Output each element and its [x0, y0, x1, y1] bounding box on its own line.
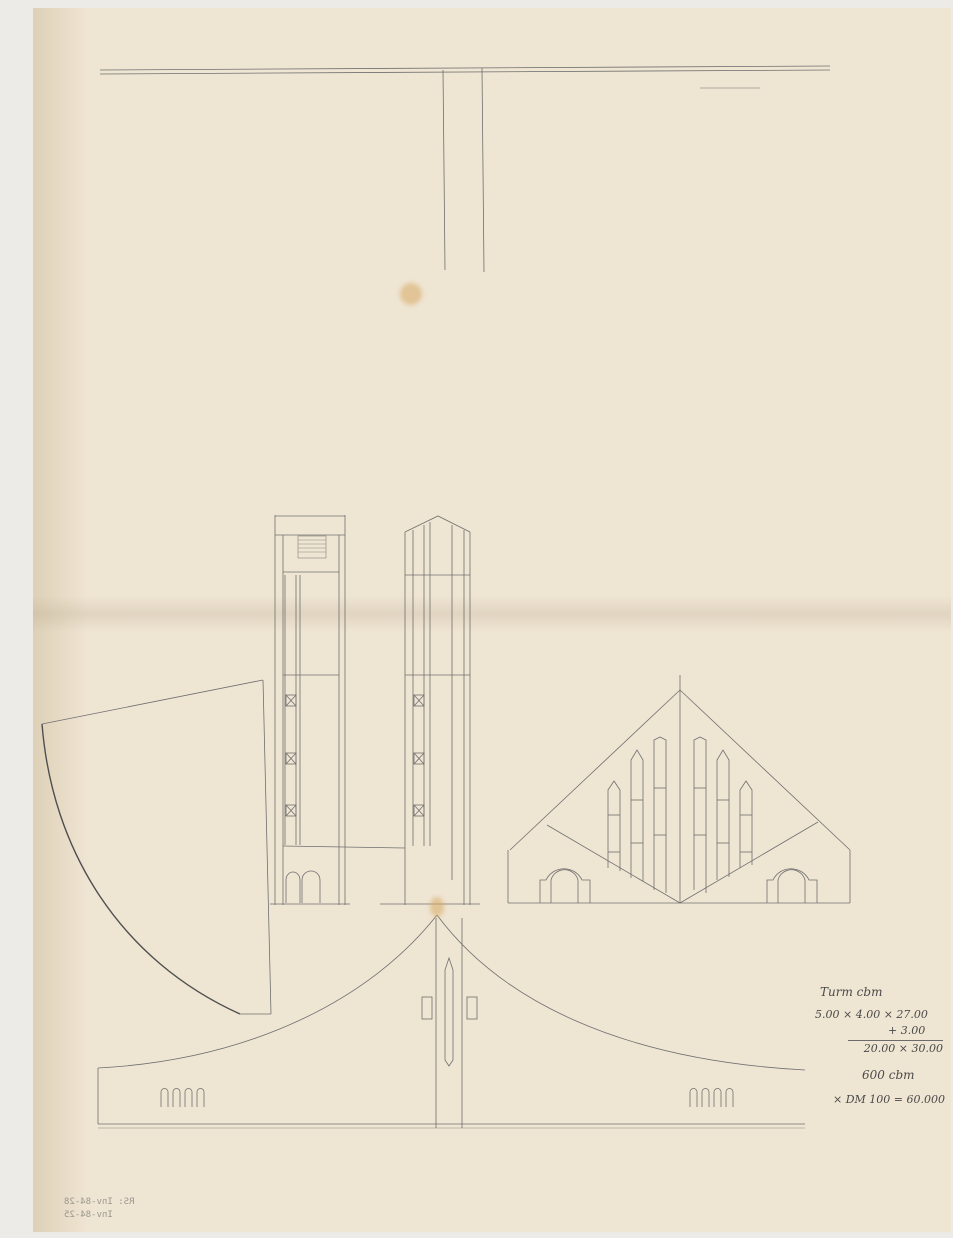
curved-roof-elevation [98, 915, 805, 1128]
plan-line-top [100, 66, 830, 272]
handwritten-note-calc2: + 3.00 [888, 1024, 925, 1037]
handwritten-note-calc3: 20.00 × 30.00 [848, 1040, 943, 1055]
water-stain [400, 283, 422, 305]
tower-elevation-side [380, 516, 480, 905]
inventory-stamp: RS: Inv-84-28 [64, 1197, 134, 1207]
handwritten-note-title: Turm cbm [820, 985, 882, 999]
handwritten-note-cost: × DM 100 = 60.000 [833, 1093, 945, 1106]
handwritten-note-volume: 600 cbm [862, 1068, 915, 1082]
inventory-stamp: Inv-84-25 [64, 1210, 113, 1220]
handwritten-note-calc1: 5.00 × 4.00 × 27.00 [815, 1008, 928, 1021]
tower-elevation-front [270, 515, 405, 905]
water-stain [430, 897, 444, 917]
architectural-drawing [0, 0, 953, 1238]
quarter-arc-section [42, 680, 271, 1014]
gable-facade [508, 675, 850, 903]
